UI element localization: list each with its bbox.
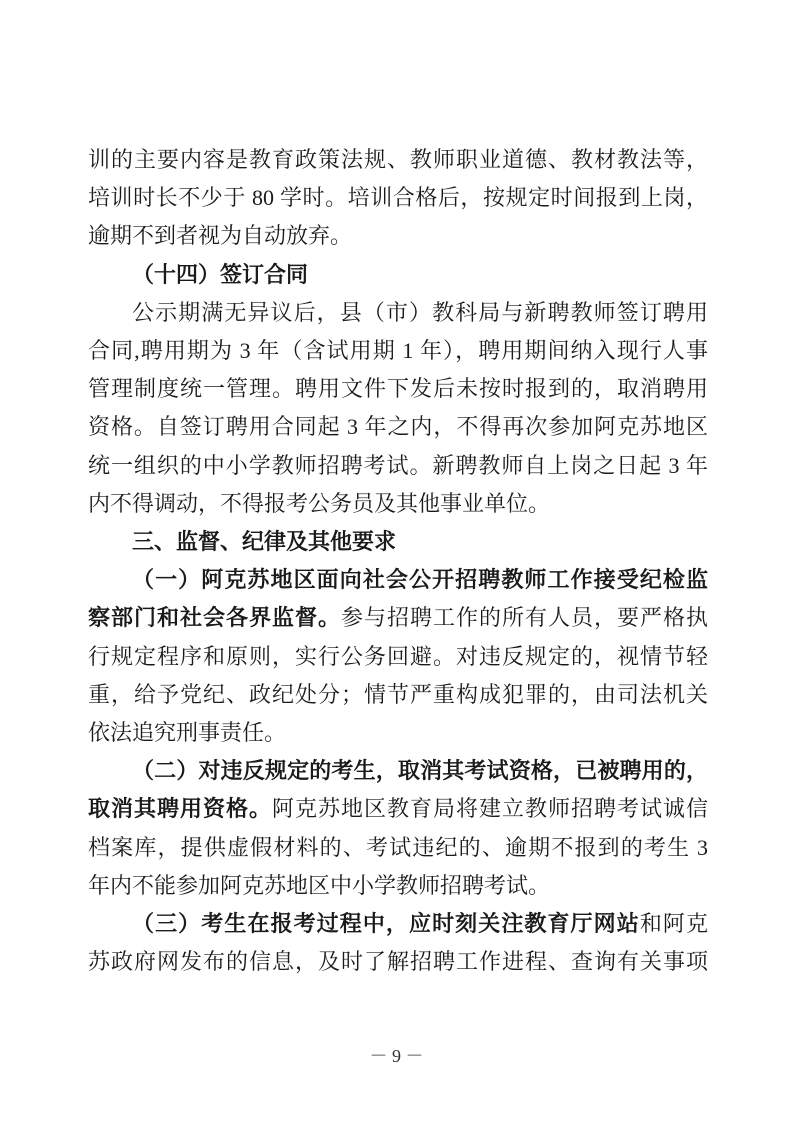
bold-text: 察部门和社会各界监督。 — [88, 605, 341, 630]
body-text: 资格。自签订聘用合同起 3 年之内，不得再次参加阿克苏地区 — [88, 414, 708, 439]
body-text: 档案库，提供虚假材料的、考试违纪的、逾期不报到的考生 3 — [88, 835, 708, 860]
body-text: 合同,聘用期为 3 年（含试用期 1 年），聘用期间纳入现行人事 — [88, 338, 708, 363]
page-number: － 9 － — [0, 1042, 793, 1068]
text-line: （三）考生在报考过程中，应时刻关注教育厅网站和阿克 — [88, 905, 708, 943]
body-text: 三、监督、纪律及其他要求 — [132, 529, 396, 554]
text-line: 逾期不到者视为自动放弃。 — [88, 217, 708, 255]
heading-supervision-discipline: 三、监督、纪律及其他要求 — [88, 523, 708, 561]
text-line: 行规定程序和原则，实行公务回避。对违反规定的，视情节轻 — [88, 638, 708, 676]
body-text: 公示期满无异议后，县（市）教科局与新聘教师签订聘用 — [132, 300, 708, 325]
text-line: 训的主要内容是教育政策法规、教师职业道德、教材教法等， — [88, 141, 708, 179]
text-line: 培训时长不少于 80 学时。培训合格后，按规定时间报到上岗， — [88, 179, 708, 217]
body-text: 培训时长不少于 80 学时。培训合格后，按规定时间报到上岗， — [88, 185, 708, 210]
text-line: 察部门和社会各界监督。参与招聘工作的所有人员，要严格执 — [88, 599, 708, 637]
body-text: 阿克苏地区教育局将建立教师招聘考试诚信 — [272, 796, 708, 821]
body-text: 行规定程序和原则，实行公务回避。对违反规定的，视情节轻 — [88, 644, 708, 669]
text-line: 管理制度统一管理。聘用文件下发后未按时报到的，取消聘用 — [88, 370, 708, 408]
text-line: 统一组织的中小学教师招聘考试。新聘教师自上岗之日起 3 年 — [88, 447, 708, 485]
text-line: 内不得调动，不得报考公务员及其他事业单位。 — [88, 485, 708, 523]
bold-text: （十四）签订合同 — [132, 262, 308, 287]
text-line: 年内不能参加阿克苏地区中小学教师招聘考试。 — [88, 867, 708, 905]
text-line: 档案库，提供虚假材料的、考试违纪的、逾期不报到的考生 3 — [88, 829, 708, 867]
heading-sign-contract: （十四）签订合同 — [88, 256, 708, 294]
body-text: 年内不能参加阿克苏地区中小学教师招聘考试。 — [88, 873, 550, 898]
body-text: 训的主要内容是教育政策法规、教师职业道德、教材教法等， — [88, 147, 708, 172]
text-line: 取消其聘用资格。阿克苏地区教育局将建立教师招聘考试诚信 — [88, 790, 708, 828]
text-line: 苏政府网发布的信息，及时了解招聘工作进程、查询有关事项 — [88, 943, 708, 981]
text-line: 资格。自签订聘用合同起 3 年之内，不得再次参加阿克苏地区 — [88, 408, 708, 446]
body-text: 逾期不到者视为自动放弃。 — [88, 223, 352, 248]
body-text: 内不得调动，不得报考公务员及其他事业单位。 — [88, 491, 550, 516]
body-text: 参与招聘工作的所有人员，要严格执 — [341, 605, 708, 630]
body-text: 和阿克 — [640, 911, 708, 936]
body-text: 管理制度统一管理。聘用文件下发后未按时报到的，取消聘用 — [88, 376, 708, 401]
text-line: 依法追究刑事责任。 — [88, 714, 708, 752]
bold-text: 取消其聘用资格。 — [88, 796, 272, 821]
body-text: 统一组织的中小学教师招聘考试。新聘教师自上岗之日起 3 年 — [88, 453, 708, 478]
text-line: （二）对违反规定的考生，取消其考试资格，已被聘用的， — [88, 752, 708, 790]
bold-text: （二）对违反规定的考生，取消其考试资格，已被聘用的， — [132, 758, 708, 783]
bold-text: （三）考生在报考过程中，应时刻关注教育厅网站 — [132, 911, 640, 936]
document-page: 训的主要内容是教育政策法规、教师职业道德、教材教法等， 培训时长不少于 80 学… — [0, 0, 793, 1122]
bold-text: （一）阿克苏地区面向社会公开招聘教师工作接受纪检监 — [132, 567, 708, 592]
body-text: 重，给予党纪、政纪处分；情节严重构成犯罪的，由司法机关 — [88, 682, 708, 707]
body-text: 依法追究刑事责任。 — [88, 720, 286, 745]
text-line: 重，给予党纪、政纪处分；情节严重构成犯罪的，由司法机关 — [88, 676, 708, 714]
document-body: 训的主要内容是教育政策法规、教师职业道德、教材教法等， 培训时长不少于 80 学… — [88, 141, 708, 981]
text-line: 合同,聘用期为 3 年（含试用期 1 年），聘用期间纳入现行人事 — [88, 332, 708, 370]
text-line: （一）阿克苏地区面向社会公开招聘教师工作接受纪检监 — [88, 561, 708, 599]
text-line: 公示期满无异议后，县（市）教科局与新聘教师签订聘用 — [88, 294, 708, 332]
body-text: 苏政府网发布的信息，及时了解招聘工作进程、查询有关事项 — [88, 949, 708, 974]
